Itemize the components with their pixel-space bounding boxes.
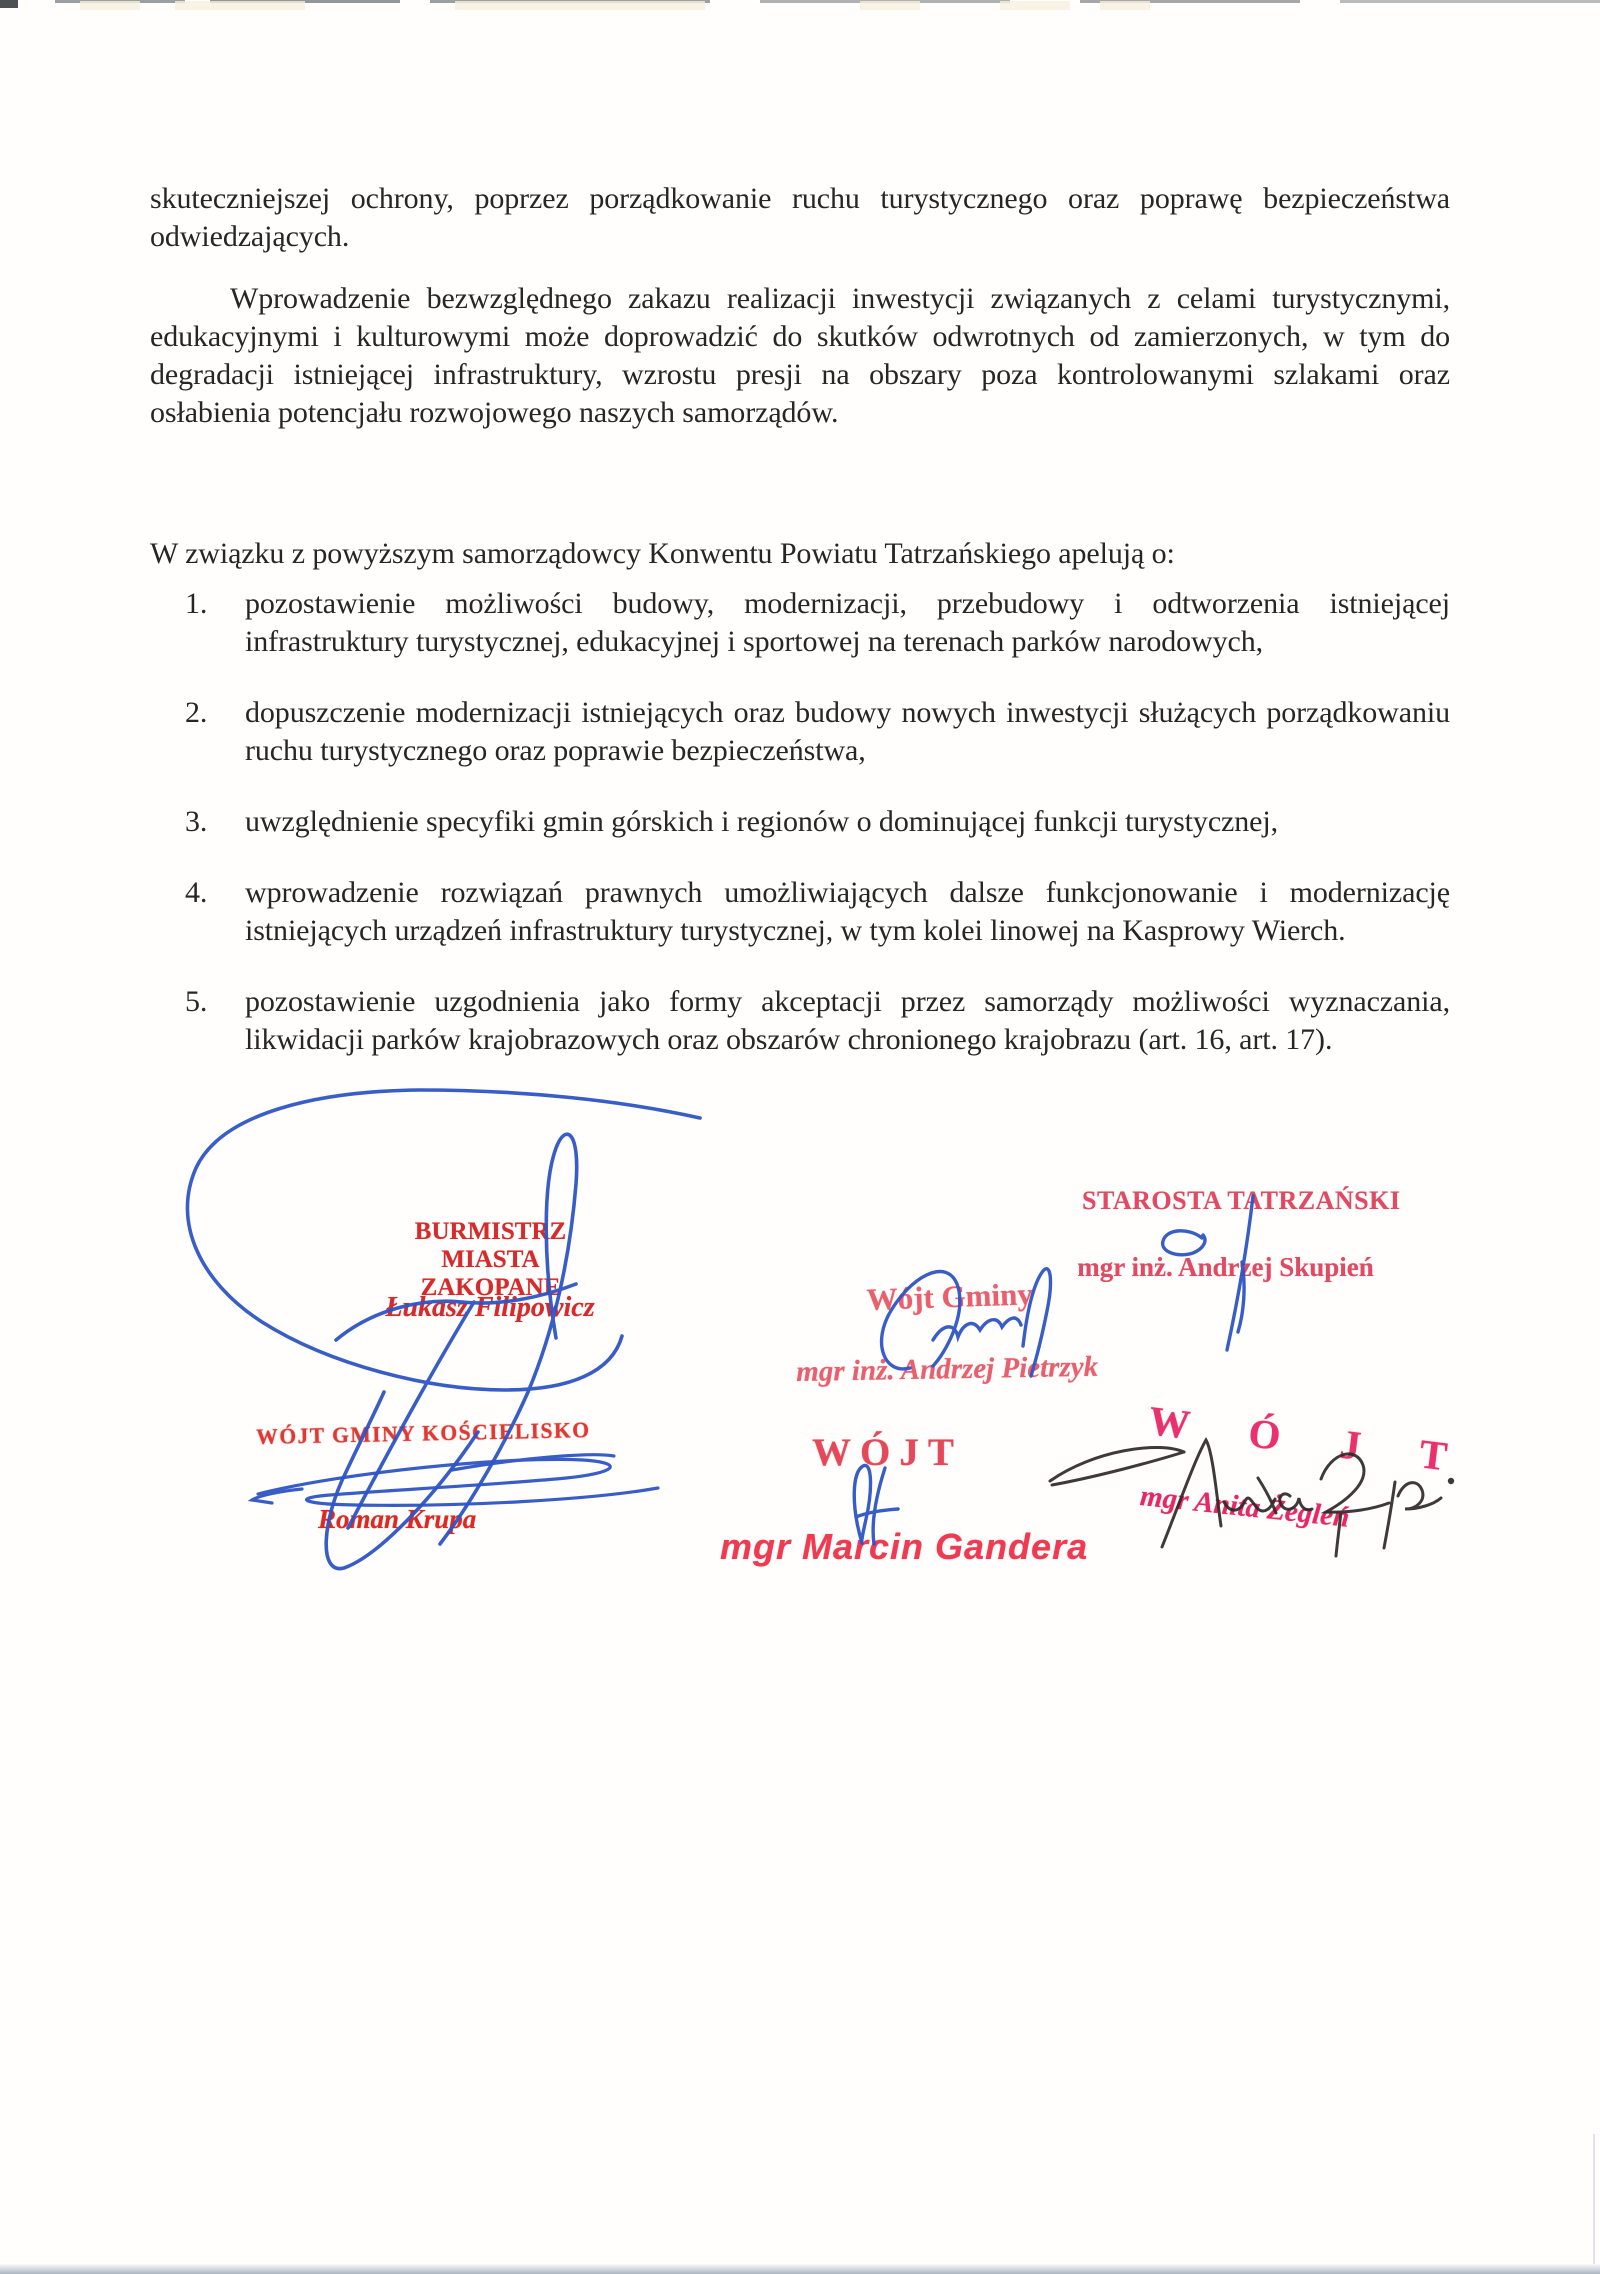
- list-item-text: pozostawienie uzgodnienia jako formy akc…: [245, 983, 1450, 1059]
- scan-bottom-edge-artifact: [0, 2264, 1600, 2274]
- stamp-name-gandera: mgr Marcin Gandera: [720, 1526, 1088, 1568]
- scan-right-edge-artifact: [1593, 2134, 1595, 2264]
- stamp-wojt-gandera: WÓJT: [812, 1430, 963, 1475]
- stamp-burmistrz-zakopane: BURMISTRZ MIASTA ZAKOPANE: [368, 1218, 613, 1302]
- stamp-name-zeglen: mgr Anita Żegleń: [1139, 1480, 1351, 1535]
- stamp-title-line1: BURMISTRZ MIASTA: [368, 1218, 613, 1274]
- stamp-name-skupien: mgr inż. Andrzej Skupień: [1068, 1252, 1383, 1283]
- paragraph-ban-consequences: Wprowadzenie bezwzględnego zakazu realiz…: [150, 280, 1450, 432]
- list-item-text: dopuszczenie modernizacji istniejących o…: [245, 694, 1450, 770]
- stamp-starosta-tatrzanski: STAROSTA TATRZAŃSKI: [1082, 1186, 1377, 1216]
- list-item-number: 1.: [185, 585, 245, 661]
- list-item-1: 1. pozostawienie możliwości budowy, mode…: [150, 585, 1450, 661]
- list-item-text: pozostawienie możliwości budowy, moderni…: [245, 585, 1450, 661]
- list-item-text: uwzględnienie specyfiki gmin górskich i …: [245, 803, 1450, 841]
- appeal-intro: W związku z powyższym samorządowcy Konwe…: [150, 535, 1450, 573]
- stamp-wojt-gminy: Wójt Gminy: [866, 1276, 1033, 1318]
- scanned-document-page: skuteczniejszej ochrony, poprzez porządk…: [0, 0, 1600, 2274]
- list-item-number: 2.: [185, 694, 245, 770]
- stamp-name-filipowicz: Łukasz Filipowicz: [360, 1292, 620, 1324]
- list-item-3: 3. uwzględnienie specyfiki gmin górskich…: [150, 803, 1450, 841]
- stamp-name-krupa: Roman Krupa: [318, 1504, 476, 1535]
- list-item-4: 4. wprowadzenie rozwiązań prawnych umożl…: [150, 874, 1450, 950]
- list-item-text: wprowadzenie rozwiązań prawnych umożliwi…: [245, 874, 1450, 950]
- scan-top-edge-artifact: [0, 0, 1600, 14]
- stamp-wojt-gminy-koscielisko: WÓJT GMINY KOŚCIELISKO: [256, 1417, 591, 1450]
- signature-ink-krupa: [252, 1455, 658, 1506]
- paragraph-continuation: skuteczniejszej ochrony, poprzez porządk…: [150, 180, 1450, 256]
- list-item-number: 3.: [185, 803, 245, 841]
- list-item-number: 4.: [185, 874, 245, 950]
- list-item-5: 5. pozostawienie uzgodnienia jako formy …: [150, 983, 1450, 1059]
- appeal-list: 1. pozostawienie możliwości budowy, mode…: [150, 585, 1450, 1092]
- stamp-name-pietrzyk: mgr inż. Andrzej Pietrzyk: [796, 1351, 1098, 1389]
- list-item-number: 5.: [185, 983, 245, 1059]
- list-item-2: 2. dopuszczenie modernizacji istniejącyc…: [150, 694, 1450, 770]
- signature-ink-filipowicz: [187, 1090, 700, 1569]
- stamp-wojt-zeglen: W Ó J T: [1146, 1396, 1474, 1483]
